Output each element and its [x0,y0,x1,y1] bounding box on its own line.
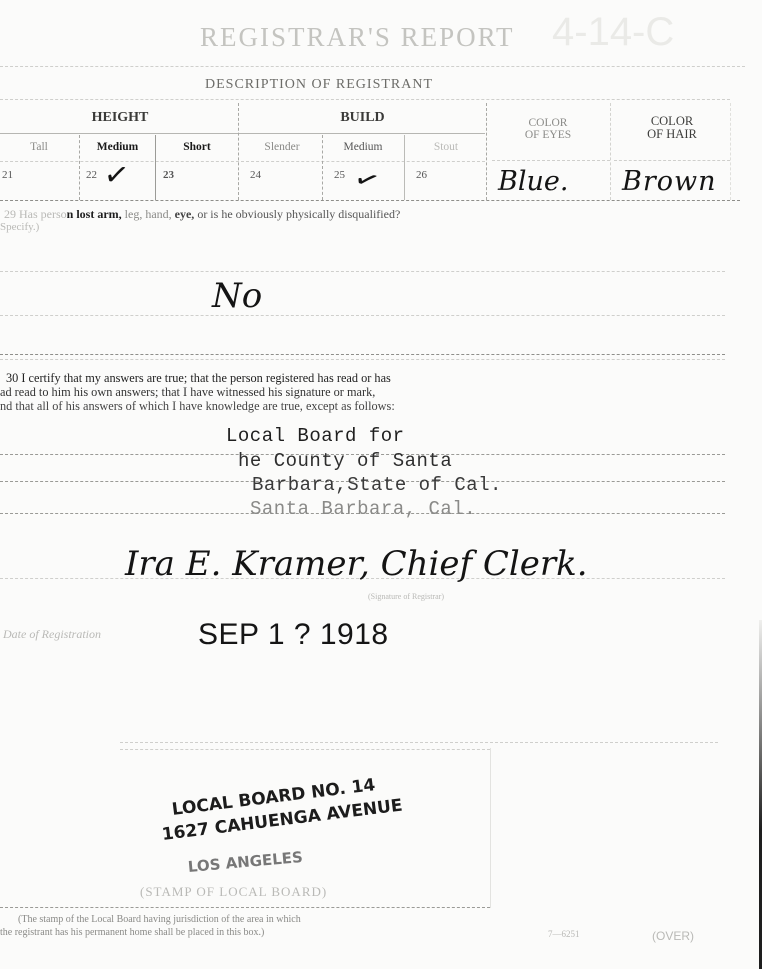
build-stout-label: Stout [406,141,486,153]
height-medium-check-mark: ✓ [102,156,132,194]
typed-line-3: Barbara,State of Cal. [252,474,502,496]
form-number: 7—6251 [548,929,580,939]
box-number: 25 [334,169,345,181]
column-rule [79,135,80,200]
box-number: 23 [163,169,174,181]
stamp-instructions-line2: the registrant has his permanent home sh… [0,926,500,939]
build-medium-check-mark: ✓ [350,162,384,197]
divider [492,160,610,161]
serial-number-faded: 4-14-C [552,10,674,55]
question-29-prefix: 29 Has perso [4,207,67,221]
question-29-text2: or is he obviously physically disqualifi… [194,207,400,221]
question-29-specify: Specify.) [0,221,39,233]
height-header: HEIGHT [0,110,240,126]
column-rule [486,103,487,200]
typed-line-2: he County of Santa [238,450,452,472]
stamp-instructions-line1: (The stamp of the Local Board having jur… [0,913,500,926]
box-number: 24 [250,169,261,181]
height-short-label: Short [157,141,237,153]
question-30: 30 I certify that my answers are true; t… [0,371,760,413]
typed-line-1: Local Board for [226,425,405,447]
column-rule [404,135,405,200]
question-30-line3: nd that all of his answers of which I ha… [0,399,760,413]
eye-color-header-line1: COLOR [488,117,608,129]
question-30-line1: 30 I certify that my answers are true; t… [0,371,760,385]
divider [0,161,485,162]
build-slender-label: Slender [242,141,322,153]
divider [0,200,740,201]
stamp-caption: (STAMP OF LOCAL BOARD) [140,884,327,900]
divider [0,99,730,100]
height-tall-label: Tall [0,141,78,153]
registrar-signature: Ira E. Kramer, Chief Clerk. [125,544,588,584]
box-number: 26 [416,169,427,181]
divider [0,66,745,67]
box-number: 22 [86,169,97,181]
build-header: BUILD [240,110,485,126]
box-number: 21 [2,169,13,181]
answer-line [0,315,725,316]
build-medium-label: Medium [322,141,404,153]
answer-line [0,271,725,272]
divider [0,354,725,355]
hair-color-header-line2: OF HAIR [612,128,732,141]
hair-color-header: COLOR OF HAIR [612,115,732,141]
eye-color-value: Blue. [498,166,568,197]
column-rule [610,103,611,200]
column-rule [322,135,323,200]
question-29: 29 Has person lost arm, leg, hand, eye, … [4,207,762,222]
divider [120,742,718,743]
date-of-registration-label: Date of Registration [3,627,101,642]
signature-caption: (Signature of Registrar) [368,592,444,601]
column-rule [730,103,731,200]
eye-color-header-line2: OF EYES [488,129,608,141]
over-indicator: (OVER) [652,929,694,943]
question-29-answer: No [212,276,262,316]
question-29-text: leg, hand, [122,207,175,221]
form-title: REGISTRAR'S REPORT [200,22,515,53]
section-heading: DESCRIPTION OF REGISTRANT [205,77,433,93]
height-medium-label: Medium [80,141,155,153]
date-of-registration-stamp: SEP 1 ? 1918 [198,618,389,652]
divider [0,359,725,360]
column-rule [238,103,239,200]
question-29-bold: n lost arm, [67,207,122,221]
column-rule [155,135,156,200]
typed-line-4: Santa Barbara, Cal. [250,498,476,520]
stamp-instructions: (The stamp of the Local Board having jur… [0,913,500,939]
eye-color-header: COLOR OF EYES [488,117,608,141]
question-29-bold2: eye, [175,207,195,221]
divider [0,907,490,908]
question-30-line2: ad read to him his own answers; that I h… [0,385,760,399]
divider [0,133,485,134]
hair-color-value: Brown [622,166,717,197]
divider [614,160,730,161]
